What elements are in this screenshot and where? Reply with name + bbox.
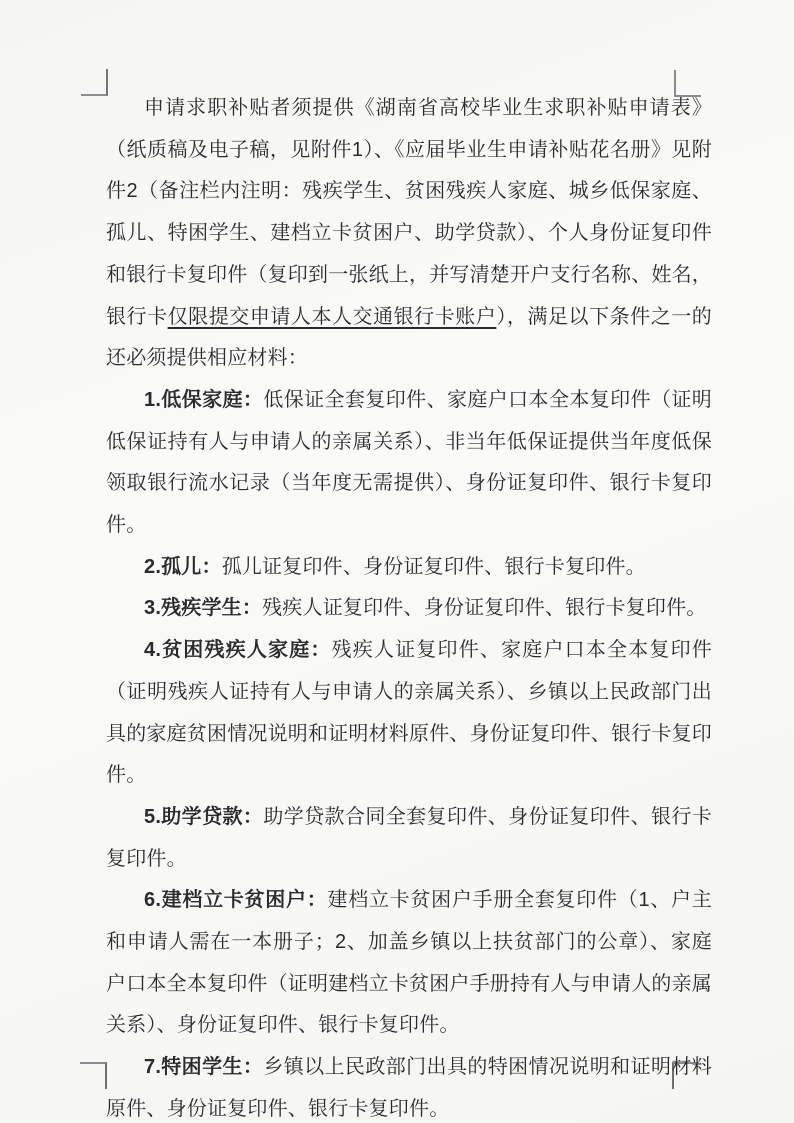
item-3-label: 3.残疾学生： [144,597,262,619]
crop-corner-top-left-icon [81,69,108,96]
item-2-text: 孤儿证复印件、身份证复印件、银行卡复印件。 [222,556,646,578]
paragraph-item-1: 1.低保家庭：低保证全套复印件、家庭户口本全本复印件（证明低保证持有人与申请人的… [106,380,712,547]
item-5-label: 5.助学贷款： [144,806,263,828]
item-4-text: 残疾人证复印件、家庭户口本全本复印件（证明残疾人证持有人与申请人的亲属关系）、乡… [106,639,712,786]
document-page: 申请求职补贴者须提供《湖南省高校毕业生求职补贴申请表》（纸质稿及电子稿，见附件1… [0,0,794,1123]
item-6-text: 建档立卡贫困户手册全套复印件（1、户主和申请人需在一本册子；2、加盖乡镇以上扶贫… [106,889,712,1036]
item-2-label: 2.孤儿： [144,556,222,578]
crop-corner-bottom-left-icon [80,1062,107,1089]
intro-text-lead: 申请求职补贴者须提供《湖南省高校毕业生求职补贴申请表》（纸质稿及电子稿，见附件1… [106,97,712,328]
item-4-label: 4.贫困残疾人家庭： [144,639,332,661]
paragraph-intro: 申请求职补贴者须提供《湖南省高校毕业生求职补贴申请表》（纸质稿及电子稿，见附件1… [106,88,712,380]
item-6-label: 6.建档立卡贫困户： [144,889,327,911]
paragraph-item-7: 7.特困学生：乡镇以上民政部门出具的特困情况说明和证明材料原件、身份证复印件、银… [106,1047,712,1123]
paragraph-item-4: 4.贫困残疾人家庭：残疾人证复印件、家庭户口本全本复印件（证明残疾人证持有人与申… [106,630,712,797]
paragraph-item-6: 6.建档立卡贫困户：建档立卡贫困户手册全套复印件（1、户主和申请人需在一本册子；… [106,880,712,1047]
intro-underlined-text: 仅限提交申请人本人交通银行卡账户 [168,306,497,328]
paragraph-item-3: 3.残疾学生：残疾人证复印件、身份证复印件、银行卡复印件。 [106,588,712,630]
paragraph-item-5: 5.助学贷款：助学贷款合同全套复印件、身份证复印件、银行卡复印件。 [106,797,712,880]
item-3-text: 残疾人证复印件、身份证复印件、银行卡复印件。 [262,597,706,619]
item-7-label: 7.特困学生： [144,1056,263,1078]
document-body: 申请求职补贴者须提供《湖南省高校毕业生求职补贴申请表》（纸质稿及电子稿，见附件1… [106,88,712,1123]
paragraph-item-2: 2.孤儿：孤儿证复印件、身份证复印件、银行卡复印件。 [106,547,712,589]
item-1-label: 1.低保家庭： [144,389,263,411]
